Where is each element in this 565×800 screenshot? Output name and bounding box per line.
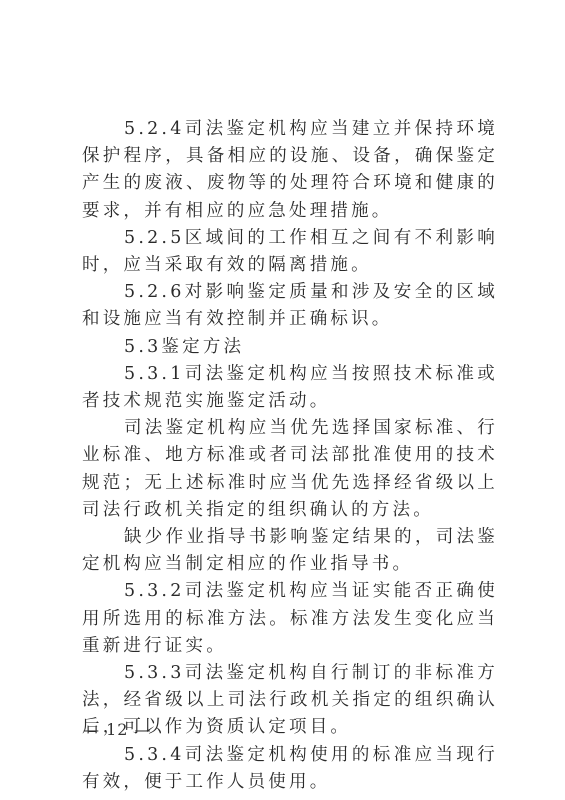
paragraph-5-2-6: 5.2.6对影响鉴定质量和涉及安全的区域和设施应当有效控制并正确标识。: [82, 279, 498, 333]
document-body: 5.2.4司法鉴定机构应当建立并保持环境保护程序，具备相应的设施、设备，确保鉴定…: [82, 116, 498, 796]
section-heading-5-3: 5.3鉴定方法: [82, 334, 498, 361]
paragraph-5-3-1: 5.3.1司法鉴定机构应当按照技术标准或者技术规范实施鉴定活动。: [82, 361, 498, 415]
page-number: — 12 —: [83, 720, 152, 739]
paragraph-standard-priority: 司法鉴定机构应当优先选择国家标准、行业标准、地方标准或者司法部批准使用的技术规范…: [82, 415, 498, 524]
paragraph-work-instructions: 缺少作业指导书影响鉴定结果的，司法鉴定机构应当制定相应的作业指导书。: [82, 524, 498, 578]
paragraph-5-3-4: 5.3.4司法鉴定机构使用的标准应当现行有效，便于工作人员使用。: [82, 742, 498, 796]
paragraph-5-2-4: 5.2.4司法鉴定机构应当建立并保持环境保护程序，具备相应的设施、设备，确保鉴定…: [82, 116, 498, 225]
paragraph-5-2-5: 5.2.5区域间的工作相互之间有不利影响时，应当采取有效的隔离措施。: [82, 225, 498, 279]
paragraph-5-3-2: 5.3.2司法鉴定机构应当证实能否正确使用所选用的标准方法。标准方法发生变化应当…: [82, 578, 498, 660]
